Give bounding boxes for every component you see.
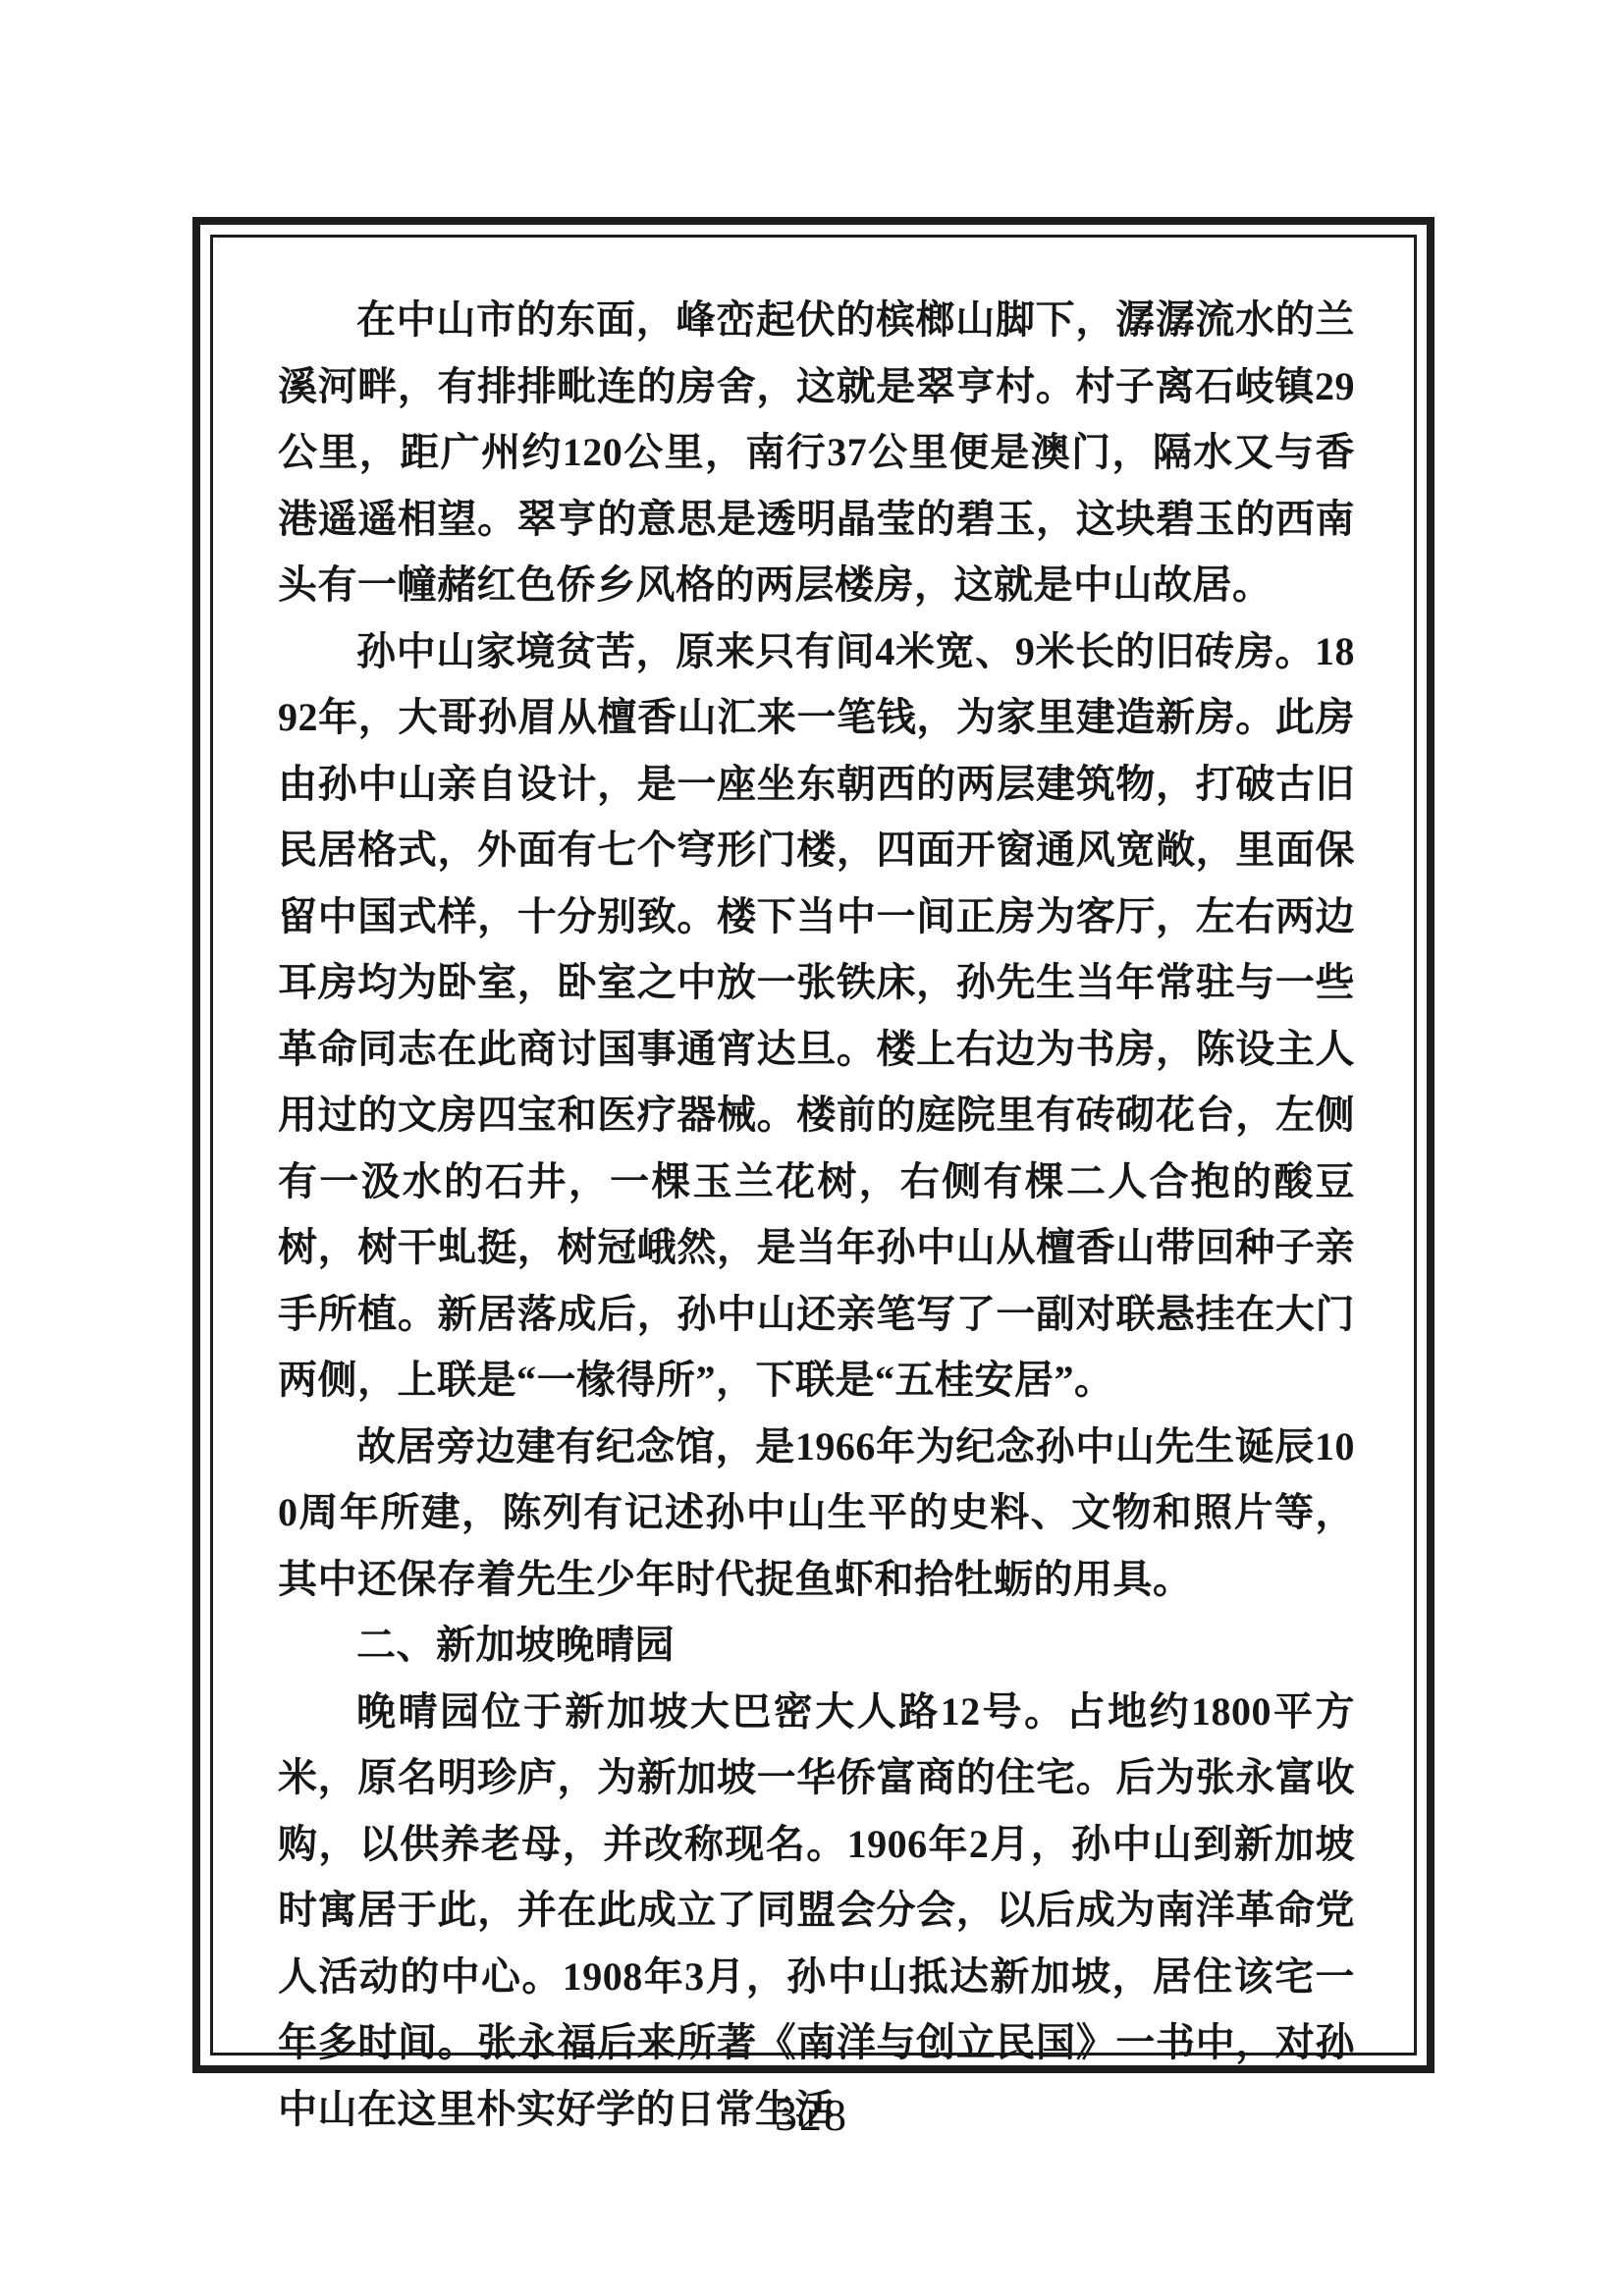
- text-block: 在中山市的东面，峰峦起伏的槟榔山脚下，潺潺流水的兰溪河畔，有排排毗连的房舍，这就…: [278, 287, 1355, 2142]
- section-heading: 二、新加坡晚晴园: [278, 1612, 1355, 1679]
- paragraph-cuiheng-village: 在中山市的东面，峰峦起伏的槟榔山脚下，潺潺流水的兰溪河畔，有排排毗连的房舍，这就…: [278, 287, 1355, 618]
- page-number: 328: [0, 2089, 1623, 2141]
- paragraph-memorial-hall: 故居旁边建有纪念馆，是1966年为纪念孙中山先生诞辰100周年所建，陈列有记述孙…: [278, 1414, 1355, 1613]
- paragraph-wanqingyuan: 晚晴园位于新加坡大巴密大人路12号。占地约1800平方米，原名明珍庐，为新加坡一…: [278, 1679, 1355, 2143]
- paragraph-residence-history: 孙中山家境贫苦，原来只有间4米宽、9米长的旧砖房。1892年，大哥孙眉从檀香山汇…: [278, 618, 1355, 1414]
- book-page: 在中山市的东面，峰峦起伏的槟榔山脚下，潺潺流水的兰溪河畔，有排排毗连的房舍，这就…: [0, 0, 1623, 2296]
- page-frame-outer: 在中山市的东面，峰峦起伏的槟榔山脚下，潺潺流水的兰溪河畔，有排排毗连的房舍，这就…: [192, 217, 1434, 2073]
- page-frame-inner: 在中山市的东面，峰峦起伏的槟榔山脚下，潺潺流水的兰溪河畔，有排排毗连的房舍，这就…: [210, 235, 1417, 2056]
